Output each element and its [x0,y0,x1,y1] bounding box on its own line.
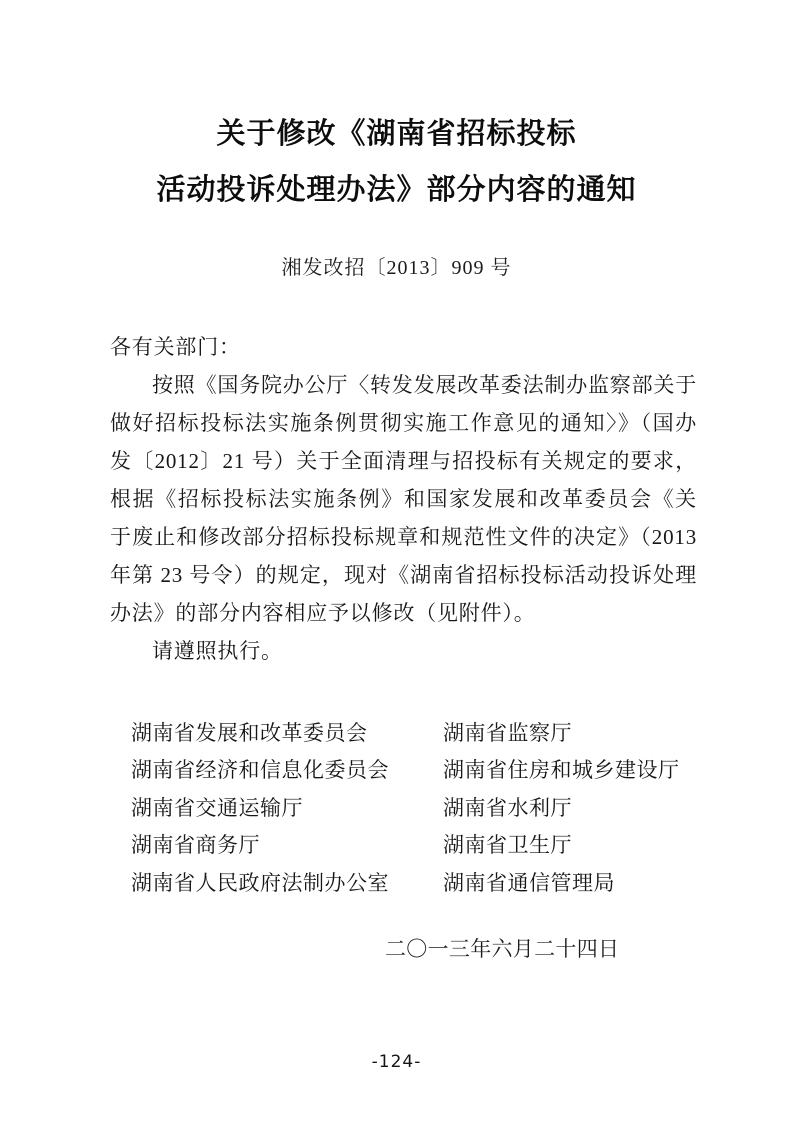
signatory-right: 湖南省住房和城乡建设厅 [443,751,697,789]
signatory-right: 湖南省通信管理局 [443,864,697,902]
body-paragraph-2: 请遵照执行。 [110,632,697,670]
signatory-left: 湖南省交通运输厅 [131,789,443,827]
signatory-left: 湖南省人民政府法制办公室 [131,864,443,902]
signatory-left: 湖南省发展和改革委员会 [131,714,443,752]
document-title: 关于修改《湖南省招标投标 活动投诉处理办法》部分内容的通知 [0,0,793,218]
document-page: 关于修改《湖南省招标投标 活动投诉处理办法》部分内容的通知 湘发改招〔2013〕… [0,0,793,1122]
signatory-row: 湖南省人民政府法制办公室 湖南省通信管理局 [131,864,697,902]
signatory-row: 湖南省发展和改革委员会 湖南省监察厅 [131,714,697,752]
signatory-left: 湖南省经济和信息化委员会 [131,751,443,789]
document-date: 二〇一三年六月二十四日 [110,934,697,964]
document-body: 各有关部门： 按照《国务院办公厅〈转发发展改革委法制办监察部关于做好招标投标法实… [110,328,697,964]
doc-number: 湘发改招〔2013〕909 号 [0,254,793,282]
signatory-left: 湖南省商务厅 [131,826,443,864]
signatory-row: 湖南省经济和信息化委员会 湖南省住房和城乡建设厅 [131,752,697,790]
signatory-right: 湖南省水利厅 [443,789,697,827]
signatory-list: 湖南省发展和改革委员会 湖南省监察厅 湖南省经济和信息化委员会 湖南省住房和城乡… [110,714,697,902]
signatory-right: 湖南省监察厅 [443,714,697,752]
page-number: -124- [0,1052,793,1072]
signatory-row: 湖南省商务厅 湖南省卫生厅 [131,827,697,865]
signatory-right: 湖南省卫生厅 [443,826,697,864]
salutation: 各有关部门： [110,328,697,366]
title-line-1: 关于修改《湖南省招标投标 [0,106,793,162]
title-line-2: 活动投诉处理办法》部分内容的通知 [0,162,793,218]
signatory-row: 湖南省交通运输厅 湖南省水利厅 [131,789,697,827]
body-paragraph-1: 按照《国务院办公厅〈转发发展改革委法制办监察部关于做好招标投标法实施条例贯彻实施… [110,366,697,632]
